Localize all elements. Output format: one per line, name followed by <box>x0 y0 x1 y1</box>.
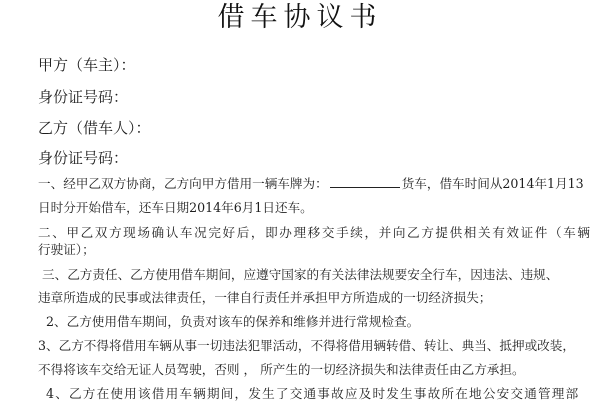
clause-3-item-2: 2、乙方使用借车期间，负责对该车的保养和维修并进行常规检查。 <box>46 314 419 330</box>
clause-1-text-a: 一、经甲乙双方协商，乙方向甲方借用一辆车牌为： <box>38 176 328 191</box>
document-title: 借车协议书 <box>0 2 600 34</box>
clause-2-line-1: 二、甲乙双方现场确认车况完好后，即办理移交手续，并向乙方提供相关有效证件（车辆 <box>38 225 592 241</box>
clause-2-line-2: 行驶证）； <box>38 242 95 258</box>
clause-3-item-4-line-1: 4、乙方在使用该借用车辆期间，发生了交通事故应及时发生事故所在地公安交通管理部 <box>46 386 579 402</box>
clause-1-line-2: 日时分开始借车，还车日期2014年6月1日还车。 <box>38 200 313 216</box>
party-b-borrower-label: 乙方（借车人）： <box>38 119 151 137</box>
party-a-owner-label: 甲方（车主）： <box>38 56 136 74</box>
license-plate-blank <box>330 175 400 188</box>
clause-3-item-3-line-2: 不得将该车交给无证人员驾驶，否则 ， 所产生的一切经济损失和法律责任由乙方承担。 <box>38 362 525 378</box>
party-a-id-number-label: 身份证号码： <box>38 88 128 106</box>
clause-3-line-1: 三、乙方责任、乙方使用借车期间，应遵守国家的有关法律法规要安全行车，因违法、违规… <box>42 267 558 283</box>
party-b-id-number-label: 身份证号码： <box>38 149 128 167</box>
clause-1-text-b: 货车，借车时间从2014年1月13 <box>402 176 584 191</box>
clause-1-line-1: 一、经甲乙双方协商，乙方向甲方借用一辆车牌为：货车，借车时间从2014年1月13 <box>38 175 584 192</box>
clause-3-item-3-line-1: 3、乙方不得将借用车辆从事一切违法犯罪活动，不得将借用辆转借、转让、典当、抵押或… <box>38 338 575 354</box>
clause-3-line-2: 违章所造成的民事或法律责任，一律自行责任并承担甲方所造成的一切经济损失； <box>38 290 491 306</box>
